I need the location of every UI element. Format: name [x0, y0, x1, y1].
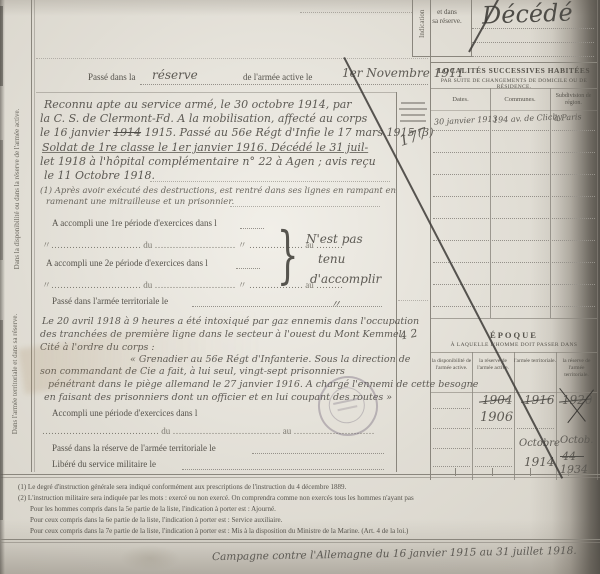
hw-line: Reconnu apte au service armé, le 30 octo…: [44, 98, 352, 111]
scan-edge-mark: [0, 140, 3, 260]
narrow-col-header-bar: [401, 114, 425, 116]
locality-row-subdivision: à Paris: [554, 112, 582, 122]
hw-note-line: ramenant une mitrailleuse et un prisonni…: [46, 197, 234, 207]
footnote-top-rule-2: [0, 477, 600, 478]
final-line-1: Accompli une période d'exercices dans l: [52, 408, 197, 418]
hairline: [472, 28, 594, 29]
final-line-3: Libéré du service militaire le: [52, 459, 156, 469]
epoque-val-territoriale-2: Octobre: [519, 438, 560, 449]
hairline: [433, 218, 595, 219]
hairline: [36, 58, 428, 59]
hairline: [433, 466, 470, 467]
narrow-col-header-bar: [399, 108, 427, 110]
final-line-2: Passé dans la réserve de l'armée territo…: [52, 443, 216, 453]
footnote-1: (1) Le degré d'instruction générale sera…: [18, 483, 592, 491]
localities-col-subdivision: Subdivision de région.: [550, 93, 597, 107]
hw-segment: le 16 janvier: [40, 126, 113, 139]
scanned-military-record: Dans la disponibilité ou dans la réserve…: [0, 0, 600, 574]
rule-tick: [492, 468, 493, 476]
localities-header-rule: [431, 88, 597, 89]
paper-stain: [120, 545, 180, 571]
localities-title: LOCALITÉS SUCCESSIVES HABITÉES: [431, 66, 597, 75]
campaign-top-rule: [0, 539, 600, 540]
hw-note-line: (1) Après avoir exécuté des destructions…: [40, 186, 396, 196]
hairline: [240, 228, 264, 229]
hw-line: le 16 janvier 1914 1915. Passé au 56e Ré…: [40, 126, 434, 139]
hairline: [433, 284, 595, 285]
narrow-col-header-bar: [401, 102, 425, 104]
hairline: [236, 268, 260, 269]
localities-top-rule: [431, 62, 597, 63]
locality-row-date: 30 janvier 1913: [434, 114, 498, 126]
hw-line: pénétrant dans le piège allemand le 27 j…: [48, 379, 478, 390]
right-panel-right-rule: [597, 0, 598, 480]
main-block-right-rule: [396, 92, 397, 472]
footnote-2: (2) L'instruction militaire sera indiqué…: [18, 494, 596, 502]
hw-excuse-1: N'est pas: [306, 232, 363, 246]
hairline: [433, 448, 470, 449]
indication-rotated-wrap: Indication: [402, 14, 442, 22]
hairline: [472, 42, 594, 43]
hairline: [182, 469, 384, 470]
hw-struck-year: 1914: [113, 126, 141, 139]
narrow-col-header-bar: [400, 120, 426, 122]
hw-line: let 1918 à l'hôpital complémentaire n° 2…: [40, 155, 376, 168]
hairline: [472, 56, 594, 57]
scan-edge-mark: [0, 6, 3, 86]
hw-line: Soldat de 1re classe le 1er janvier 1916…: [42, 141, 368, 154]
hw-segment: 1915. Passé au 56e Régt d'Infie le 17 ma…: [141, 126, 433, 139]
period-line-1: A accompli une 1re période d'exercices d…: [52, 218, 217, 228]
left-rule: [31, 0, 32, 472]
campaign-top-rule-2: [0, 542, 600, 543]
hairline: [252, 453, 384, 454]
hairline: [140, 84, 428, 85]
indication-rotated-label: Indication: [418, 0, 426, 38]
margin-label-lower: Dans l'armée territoriale et dans sa rés…: [11, 299, 19, 449]
epoque-val-reserve-terr-2: Octob.: [560, 435, 593, 446]
hw-ditto-mark: 〃: [330, 296, 341, 312]
footnote-3: Pour les hommes compris dans la 5e parti…: [30, 505, 590, 513]
hairline: [475, 466, 512, 467]
hairline: [192, 306, 382, 307]
strike-mark: [560, 456, 584, 457]
hw-excuse-3: d'accomplir: [310, 272, 381, 286]
hairline: [433, 428, 470, 429]
locality-row-commune: 194 av. de Clichy: [493, 112, 562, 125]
hairline: [431, 110, 597, 111]
epoque-col-4: la réserve de l'armée territoriale.: [556, 358, 597, 379]
epoque-col-1: la disponibilité de l'armée active.: [431, 358, 472, 372]
rule-tick: [455, 468, 456, 476]
hairline: [433, 152, 595, 153]
epoque-title: ÉPOQUE: [431, 330, 597, 340]
rule-tick: [568, 468, 569, 476]
period-line-2: A accompli une 2e période d'exercices da…: [46, 258, 208, 268]
reserve-line-printed-2: de l'armée active le: [243, 72, 312, 82]
footnote-4: Pour ceux compris dans la 6e partie de l…: [30, 516, 590, 524]
hairline: [230, 206, 380, 207]
final-ditto: ………………………………… du ……………………………… au ……………………: [42, 426, 375, 436]
hw-excuse-2: tenu: [318, 252, 345, 266]
hairline: [433, 196, 595, 197]
footnote-top-rule: [0, 474, 600, 475]
period-line-3: Passé dans l'armée territoriale le: [52, 296, 168, 306]
epoque-col-3: l'armée territoriale.: [514, 358, 556, 365]
scan-edge-mark: [0, 320, 3, 520]
reserve-line-printed-1: Passé dans la: [88, 72, 136, 82]
hairline: [300, 12, 412, 13]
hairline: [433, 240, 595, 241]
epoque-subtitle: À LAQUELLE L'HOMME DOIT PASSER DANS: [431, 342, 597, 348]
hairline: [433, 306, 595, 307]
hairline: [475, 428, 512, 429]
hw-line: le 11 Octobre 1918.: [44, 169, 155, 182]
hw-campaign-line: Campagne contre l'Allemagne du 16 janvie…: [212, 545, 577, 563]
epoque-val-reserve-active-2: 1906: [480, 410, 513, 425]
hw-brace: }: [277, 218, 299, 291]
hw-line: la C. S. de Clermont-Fd. A la mobilisati…: [40, 112, 367, 125]
localities-col-dates: Dates.: [431, 96, 490, 103]
footnote-5: Pour ceux compris dans la 7e partie de l…: [30, 527, 596, 535]
hairline: [433, 174, 595, 175]
hairline: [433, 408, 470, 409]
margin-label-upper: Dans la disponibilité ou dans la réserve…: [13, 94, 21, 284]
hairline: [475, 448, 512, 449]
hairline: [433, 130, 595, 131]
main-block-top-rule: [36, 92, 396, 93]
hw-side-mark-lower: 4 2: [399, 327, 418, 343]
hairline: [150, 181, 390, 182]
left-rule-2: [34, 0, 35, 472]
localities-col-communes: Communes.: [490, 96, 550, 103]
rule-tick: [530, 468, 531, 476]
indication-box: Indication et dans sa réserve.: [412, 0, 472, 57]
round-stamp-inner-ring: [325, 384, 368, 427]
hairline: [398, 300, 428, 301]
localities-bottom-rule: [431, 318, 597, 319]
epoque-col-rule: [514, 352, 515, 480]
hairline: [433, 262, 595, 263]
reserve-line-hw-1: réserve: [152, 68, 198, 82]
